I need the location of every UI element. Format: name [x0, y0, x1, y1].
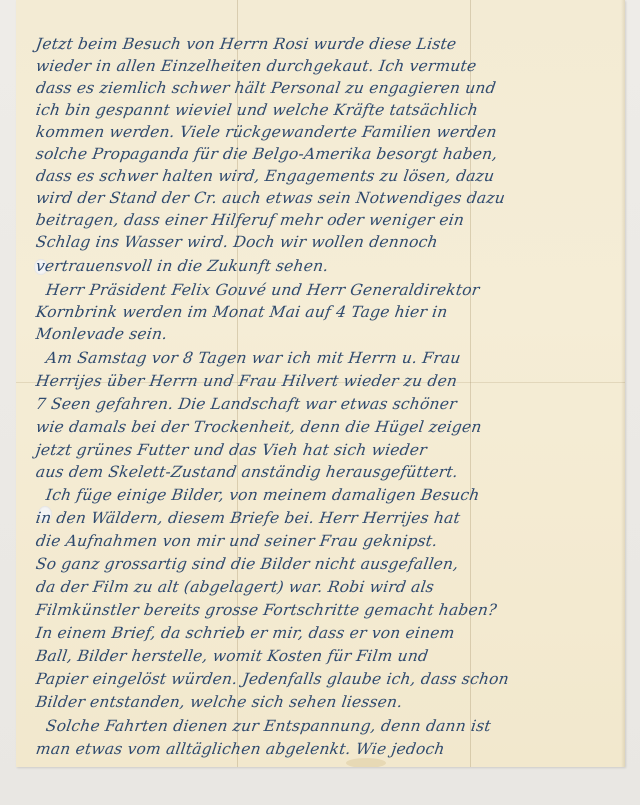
- text-line: Jetzt beim Besuch von Herrn Rosi wurde d…: [35, 34, 613, 54]
- text-line: Kornbrink werden im Monat Mai auf 4 Tage…: [35, 302, 613, 322]
- text-line: Ball, Bilder herstelle, womit Kosten für…: [35, 646, 613, 666]
- text-line: In einem Brief, da schrieb er mir, dass …: [35, 623, 613, 643]
- text-line: kommen werden. Viele rückgewanderte Fami…: [35, 122, 613, 142]
- text-line: dass es ziemlich schwer hält Personal zu…: [35, 78, 613, 98]
- text-line: man etwas vom alltäglichen abgelenkt. Wi…: [35, 739, 613, 759]
- text-line: ich bin gespannt wieviel und welche Kräf…: [35, 100, 613, 120]
- text-line: aus dem Skelett-Zustand anständig heraus…: [35, 462, 613, 482]
- handwritten-text: Jetzt beim Besuch von Herrn Rosi wurde d…: [16, 0, 625, 767]
- text-line: jetzt grünes Futter und das Vieh hat sic…: [35, 440, 613, 460]
- text-line: dass es schwer halten wird, Engagements …: [35, 166, 613, 186]
- text-line: Filmkünstler bereits grosse Fortschritte…: [35, 600, 613, 620]
- text-line: in den Wäldern, diesem Briefe bei. Herr …: [35, 508, 613, 528]
- text-line: Ich füge einige Bilder, von meinem damal…: [45, 485, 613, 505]
- text-line: wieder in allen Einzelheiten durchgekaut…: [35, 56, 613, 76]
- text-line: Bilder entstanden, welche sich sehen lie…: [35, 692, 613, 712]
- text-line: solche Propaganda für die Belgo-Amerika …: [35, 144, 613, 164]
- text-line: beitragen, dass einer Hilferuf mehr oder…: [35, 210, 613, 230]
- text-line: So ganz grossartig sind die Bilder nicht…: [35, 554, 613, 574]
- text-line: Solche Fahrten dienen zur Entspannung, d…: [45, 716, 613, 736]
- text-line: da der Film zu alt (abgelagert) war. Rob…: [35, 577, 613, 597]
- text-line: Papier eingelöst würden. Jedenfalls glau…: [35, 669, 613, 689]
- text-line: Herrijes über Herrn und Frau Hilvert wie…: [35, 371, 613, 391]
- text-line: wird der Stand der Cr. auch etwas sein N…: [35, 188, 613, 208]
- letter-page: Jetzt beim Besuch von Herrn Rosi wurde d…: [16, 0, 625, 767]
- text-line: die Aufnahmen von mir und seiner Frau ge…: [35, 531, 613, 551]
- text-line: vertrauensvoll in die Zukunft sehen.: [35, 256, 613, 276]
- text-line: Am Samstag vor 8 Tagen war ich mit Herrn…: [45, 348, 613, 368]
- text-line: wie damals bei der Trockenheit, denn die…: [35, 417, 613, 437]
- text-line: Monlevade sein.: [35, 324, 613, 344]
- text-line: Herr Präsident Felix Gouvé und Herr Gene…: [45, 280, 613, 300]
- text-line: Schlag ins Wasser wird. Doch wir wollen …: [35, 232, 613, 252]
- text-line: 7 Seen gefahren. Die Landschaft war etwa…: [35, 394, 613, 414]
